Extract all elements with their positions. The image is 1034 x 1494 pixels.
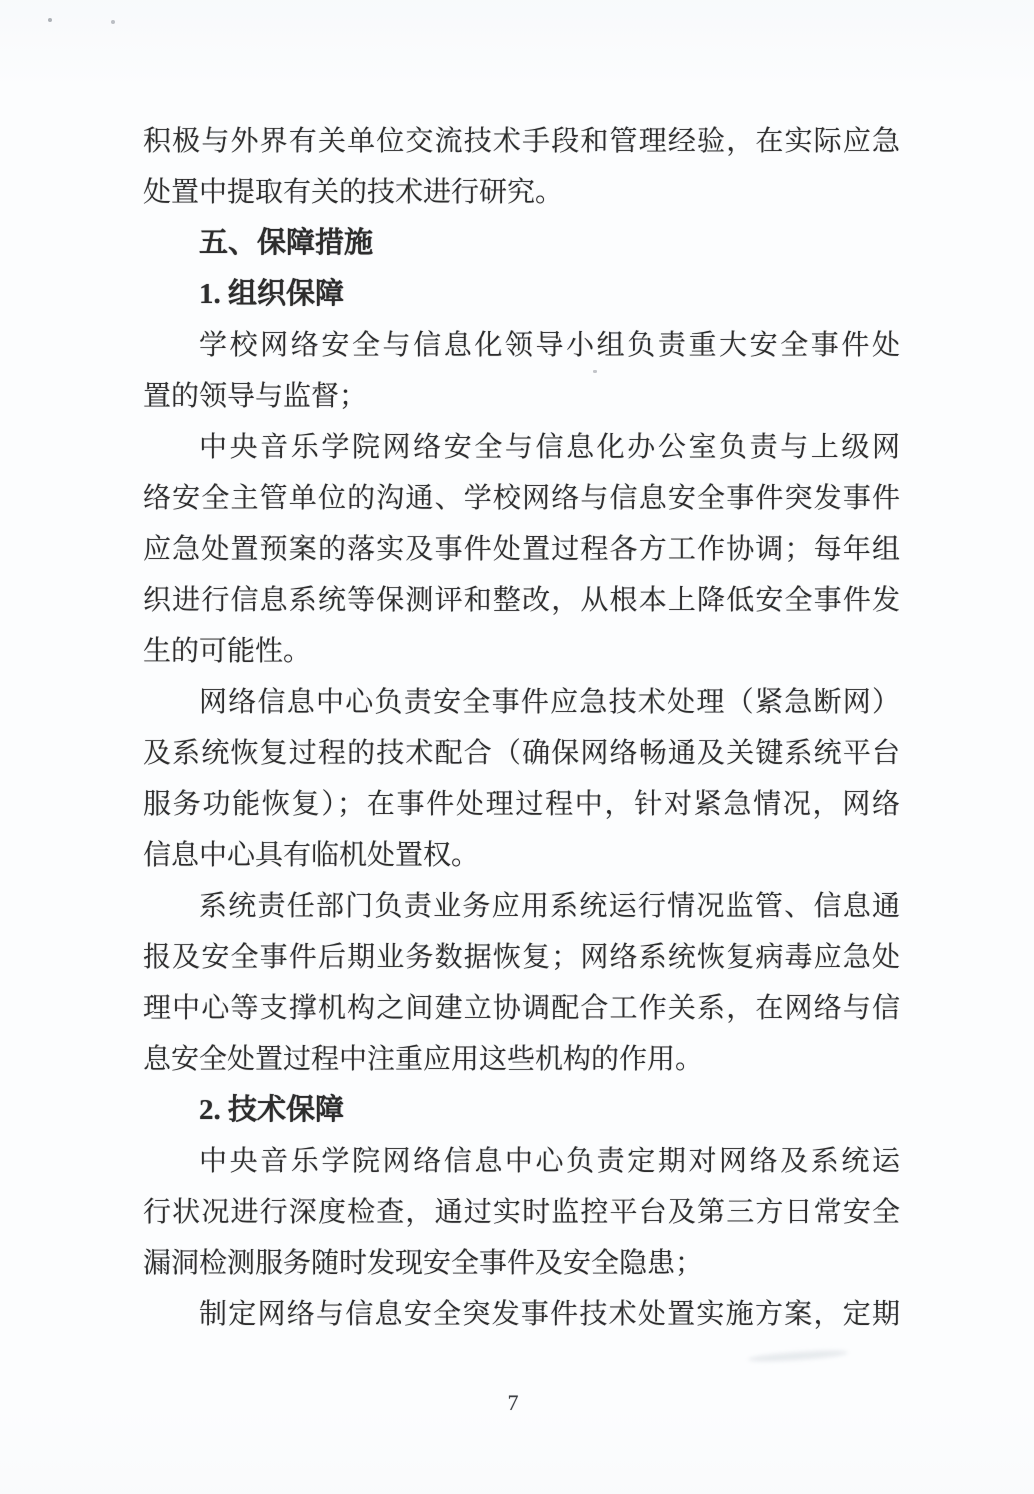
text-line: 及系统恢复过程的技术配合（确保网络畅通及关键系统平台 <box>143 728 900 779</box>
scan-artifact-dot <box>111 20 115 24</box>
scan-artifact-dot <box>48 18 52 22</box>
text-line: 漏洞检测服务随时发现安全事件及安全隐患； <box>143 1238 900 1289</box>
text-line: 应急处置预案的落实及事件处置过程各方工作协调；每年组 <box>143 524 900 575</box>
text-line: 行状况进行深度检查，通过实时监控平台及第三方日常安全 <box>143 1187 900 1238</box>
text-line: 服务功能恢复）；在事件处理过程中，针对紧急情况，网络 <box>143 779 900 830</box>
text-line: 信息中心具有临机处置权。 <box>143 830 900 881</box>
text-line: 系统责任部门负责业务应用系统运行情况监管、信息通 <box>143 881 900 932</box>
text-line: 积极与外界有关单位交流技术手段和管理经验，在实际应急 <box>143 116 900 167</box>
text-line: 络安全主管单位的沟通、学校网络与信息安全事件突发事件 <box>143 473 900 524</box>
text-line: 织进行信息系统等保测评和整改，从根本上降低安全事件发 <box>143 575 900 626</box>
text-line: 中央音乐学院网络安全与信息化办公室负责与上级网 <box>143 422 900 473</box>
text-line: 网络信息中心负责安全事件应急技术处理（紧急断网） <box>143 677 900 728</box>
subsection-heading-1: 1. 组织保障 <box>143 269 900 320</box>
text-line: 理中心等支撑机构之间建立协调配合工作关系，在网络与信 <box>143 983 900 1034</box>
text-line: 处置中提取有关的技术进行研究。 <box>143 167 900 218</box>
text-line: 学校网络安全与信息化领导小组负责重大安全事件处 <box>143 320 900 371</box>
document-page: 积极与外界有关单位交流技术手段和管理经验，在实际应急处置中提取有关的技术进行研究… <box>0 0 1034 1494</box>
page-number: 7 <box>0 1390 1026 1416</box>
subsection-heading-2: 2. 技术保障 <box>143 1085 900 1136</box>
text-line: 生的可能性。 <box>143 626 900 677</box>
text-line: 中央音乐学院网络信息中心负责定期对网络及系统运 <box>143 1136 900 1187</box>
text-line: 报及安全事件后期业务数据恢复；网络系统恢复病毒应急处 <box>143 932 900 983</box>
text-line: 制定网络与信息安全突发事件技术处置实施方案，定期 <box>143 1289 900 1340</box>
document-body: 积极与外界有关单位交流技术手段和管理经验，在实际应急处置中提取有关的技术进行研究… <box>143 116 900 1340</box>
text-line: 息安全处置过程中注重应用这些机构的作用。 <box>143 1034 900 1085</box>
text-line: 置的领导与监督； <box>143 371 900 422</box>
section-heading-5: 五、保障措施 <box>143 218 900 269</box>
scan-artifact-smudge <box>748 1349 848 1364</box>
